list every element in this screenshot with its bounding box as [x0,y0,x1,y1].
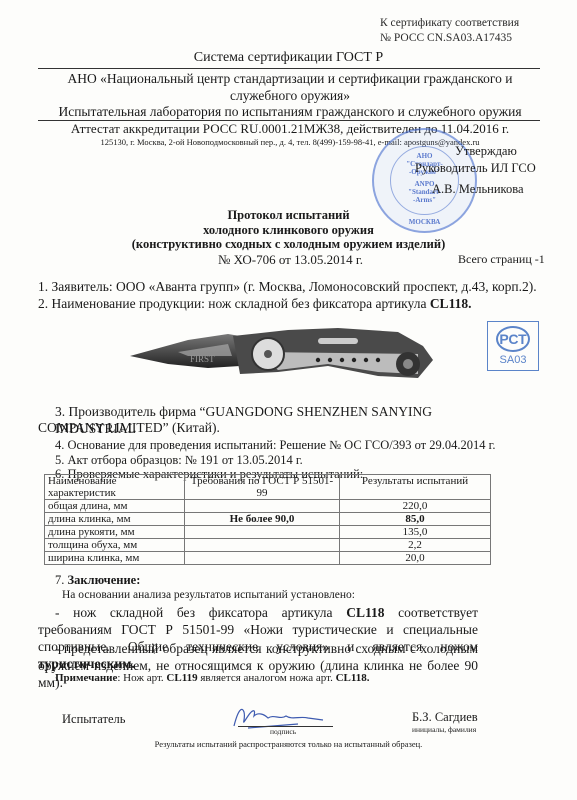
protocol-title: Протокол испытаний холодного клинкового … [0,208,577,252]
disclaimer: Результаты испытаний распространяются то… [0,739,577,749]
cell-requirement [185,500,340,513]
protocol-title-line1: Протокол испытаний [0,208,577,223]
p1-article: CL118 [346,605,384,620]
note-label: Примечание [55,672,117,684]
cell-name: толщина обуха, мм [45,539,185,552]
approval-position: Руководитель ИЛ ГСО [415,161,536,176]
cell-name: длина рукояти, мм [45,526,185,539]
table-row: длина клинка, мм Не более 90,0 85,0 [45,513,491,526]
tester-role: Испытатель [62,712,125,727]
lab-name: Испытательная лаборатория по испытаниям … [40,104,540,120]
header-cell: Требования по ГОСТ Р 51501-99 [185,475,340,500]
p1-text: - нож складной без фиксатора артикула [55,605,346,620]
header-cell: Результаты испытаний [340,475,491,500]
pct-logo-icon: РСТ [496,326,530,352]
cell-requirement [185,526,340,539]
cert-ref-number: № РОСС CN.SA03.A17435 [380,31,519,46]
cell-name: общая длина, мм [45,500,185,513]
protocol-title-line3: (конструктивно сходных с холодным оружие… [0,237,577,252]
cell-name: длина клинка, мм [45,513,185,526]
knife-photo: FIRST [128,322,440,384]
conclusion-intro: На основании анализа результатов испытан… [62,589,355,601]
signature-caption: подпись [270,727,296,736]
org-line1: АНО «Национальный центр стандартизации и… [40,70,540,87]
organization-name: АНО «Национальный центр стандартизации и… [40,70,540,104]
divider [38,68,540,69]
cell-result: 220,0 [340,500,491,513]
cell-result: 20,0 [340,552,491,565]
cell-result: 135,0 [340,526,491,539]
conclusion-heading: 7. Заключение: [55,573,140,588]
note-text: является аналогом ножа арт. [198,672,336,684]
product-name: 2. Наименование продукции: нож складной … [38,295,471,312]
cell-name: ширина клинка, мм [45,552,185,565]
stamp-text: -Arms" [374,196,475,204]
cell-result: 85,0 [340,513,491,526]
org-line2: служебного оружия» [40,87,540,104]
tester-name-caption: инициалы, фамилия [412,725,476,734]
table-row: длина рукояти, мм 135,0 [45,526,491,539]
protocol-number: № ХО-706 от 13.05.2014 г. [218,252,363,268]
cell-requirement: Не более 90,0 [185,513,340,526]
header-cell: Наименование характеристик [45,475,185,500]
certificate-reference: К сертификату соответствия № РОСС CN.SA0… [380,16,519,46]
applicant: 1. Заявитель: ООО «Аванта групп» (г. Мос… [38,278,537,295]
protocol-title-line2: холодного клинкового оружия [0,223,577,238]
note-article: CL119 [166,672,197,684]
manufacturer-line2: COMPANY LIMITED” (Китай). [38,419,220,436]
note-article: CL118. [336,672,370,684]
results-table: Наименование характеристик Требования по… [44,474,491,565]
table-row: ширина клинка, мм 20,0 [45,552,491,565]
cell-requirement [185,552,340,565]
cell-requirement [185,539,340,552]
approval-heading: Утверждаю [455,144,517,159]
pct-conformity-mark: РСТ SA03 [487,321,539,371]
system-title: Система сертификации ГОСТ Р [0,50,577,66]
page-count: Всего страниц -1 [458,252,545,267]
product-prefix: 2. Наименование продукции: нож складной … [38,296,430,311]
conclusion-title: Заключение: [68,573,141,587]
cell-result: 2,2 [340,539,491,552]
pct-code: SA03 [488,354,538,366]
conclusion-number: 7. [55,573,68,587]
product-article: CL118. [430,296,472,311]
cert-ref-line1: К сертификату соответствия [380,16,519,31]
note-text: : Нож арт. [117,672,166,684]
table-header-row: Наименование характеристик Требования по… [45,475,491,500]
note: Примечание: Нож арт. CL119 является анал… [55,672,370,684]
knife-brand-label: FIRST [190,354,215,364]
tester-name: Б.З. Сагдиев [412,710,478,725]
table-row: общая длина, мм 220,0 [45,500,491,513]
accreditation: Аттестат аккредитации РОСС RU.0001.21МЖ3… [40,121,540,137]
approval-name: А.В. Мельникова [432,182,524,197]
table-row: толщина обуха, мм 2,2 [45,539,491,552]
